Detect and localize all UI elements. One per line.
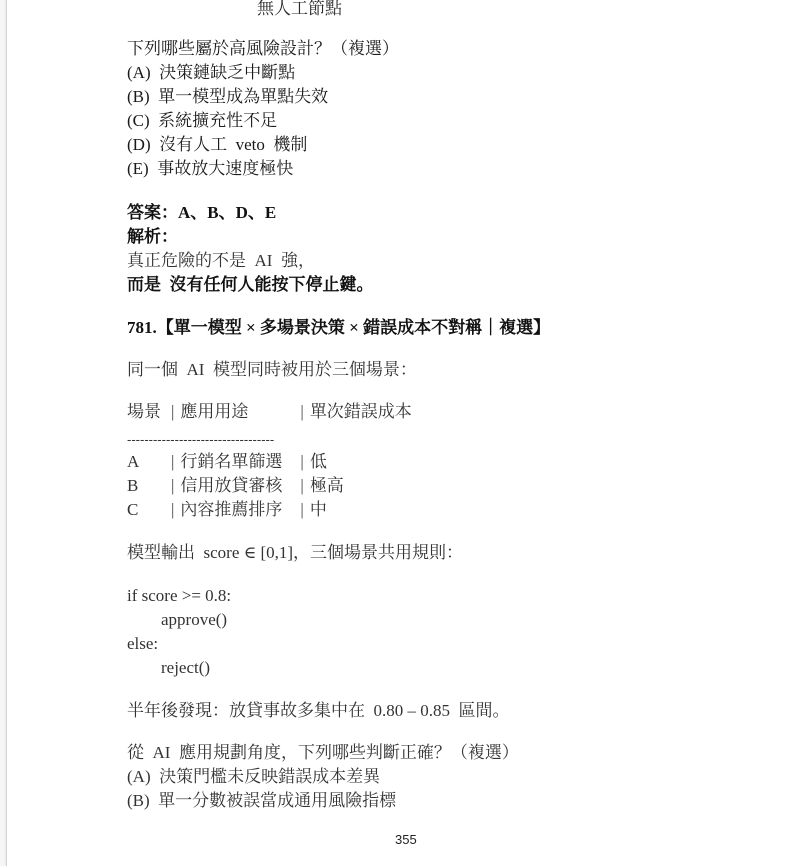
code-line-1: if score >= 0.8: (127, 585, 231, 607)
table-header-cost: 單次錯誤成本 (310, 400, 412, 424)
table-cell-usage: 行銷名單篩選 (180, 450, 300, 474)
table-cell-cost: 極高 (310, 474, 344, 498)
analysis-line-1: 真正危險的不是 AI 強， (127, 250, 315, 272)
table-header-scene: 場景 (127, 400, 171, 424)
table-divider: ---------------------------------- (127, 432, 274, 447)
question-title: 781.【單一模型 × 多場景決策 × 錯誤成本不對稱｜複選】 (127, 317, 550, 339)
code-line-4: reject() (161, 657, 210, 679)
table-row: B | 信用放貸審核 | 極高 (127, 474, 344, 498)
question-intro: 同一個 AI 模型同時被用於三個場景： (127, 359, 417, 381)
answer-line: 答案：A、B、D、E (127, 202, 276, 224)
table-row: C | 內容推薦排序 | 中 (127, 498, 327, 522)
column-separator: | (300, 400, 309, 424)
option-a: (A) 決策門檻未反映錯誤成本差異 (127, 766, 380, 788)
column-separator: | (171, 474, 180, 498)
option-b: (B) 單一分數被誤當成通用風險指標 (127, 790, 396, 812)
table-header-row: 場景 | 應用用途 | 單次錯誤成本 (127, 400, 412, 424)
option-d: (D) 沒有人工 veto 機制 (127, 134, 307, 156)
table-cell-usage: 信用放貸審核 (180, 474, 300, 498)
table-cell-scene: C (127, 498, 171, 522)
option-e: (E) 事故放大速度極快 (127, 158, 293, 180)
table-cell-cost: 中 (310, 498, 327, 522)
analysis-label: 解析： (127, 226, 178, 248)
code-line-3: else: (127, 633, 158, 655)
document-viewer: 無人工節點 下列哪些屬於高風險設計？（複選） (A) 決策鏈缺乏中斷點 (B) … (0, 0, 800, 866)
table-cell-scene: A (127, 450, 171, 474)
table-cell-usage: 內容推薦排序 (180, 498, 300, 522)
analysis-line-2: 而是 沒有任何人能按下停止鍵。 (127, 274, 374, 296)
document-page: 無人工節點 下列哪些屬於高風險設計？（複選） (A) 決策鏈缺乏中斷點 (B) … (6, 0, 800, 866)
previous-text-fragment: 無人工節點 (257, 0, 342, 19)
column-separator: | (171, 450, 180, 474)
finding-line: 半年後發現：放貸事故多集中在 0.80 – 0.85 區間。 (127, 700, 510, 722)
page-number: 355 (395, 832, 417, 847)
question-prompt: 下列哪些屬於高風險設計？（複選） (127, 38, 399, 60)
option-c: (C) 系統擴充性不足 (127, 110, 277, 132)
column-separator: | (300, 498, 309, 522)
table-cell-scene: B (127, 474, 171, 498)
column-separator: | (171, 400, 180, 424)
rule-intro: 模型輸出 score ∈ [0,1]，三個場景共用規則： (127, 542, 463, 564)
column-separator: | (300, 474, 309, 498)
table-header-usage: 應用用途 (180, 400, 300, 424)
option-a: (A) 決策鏈缺乏中斷點 (127, 62, 295, 84)
question-prompt: 從 AI 應用規劃角度，下列哪些判斷正確？（複選） (127, 742, 519, 764)
code-line-2: approve() (161, 609, 227, 631)
option-b: (B) 單一模型成為單點失效 (127, 86, 328, 108)
column-separator: | (300, 450, 309, 474)
table-row: A | 行銷名單篩選 | 低 (127, 450, 327, 474)
column-separator: | (171, 498, 180, 522)
table-cell-cost: 低 (310, 450, 327, 474)
